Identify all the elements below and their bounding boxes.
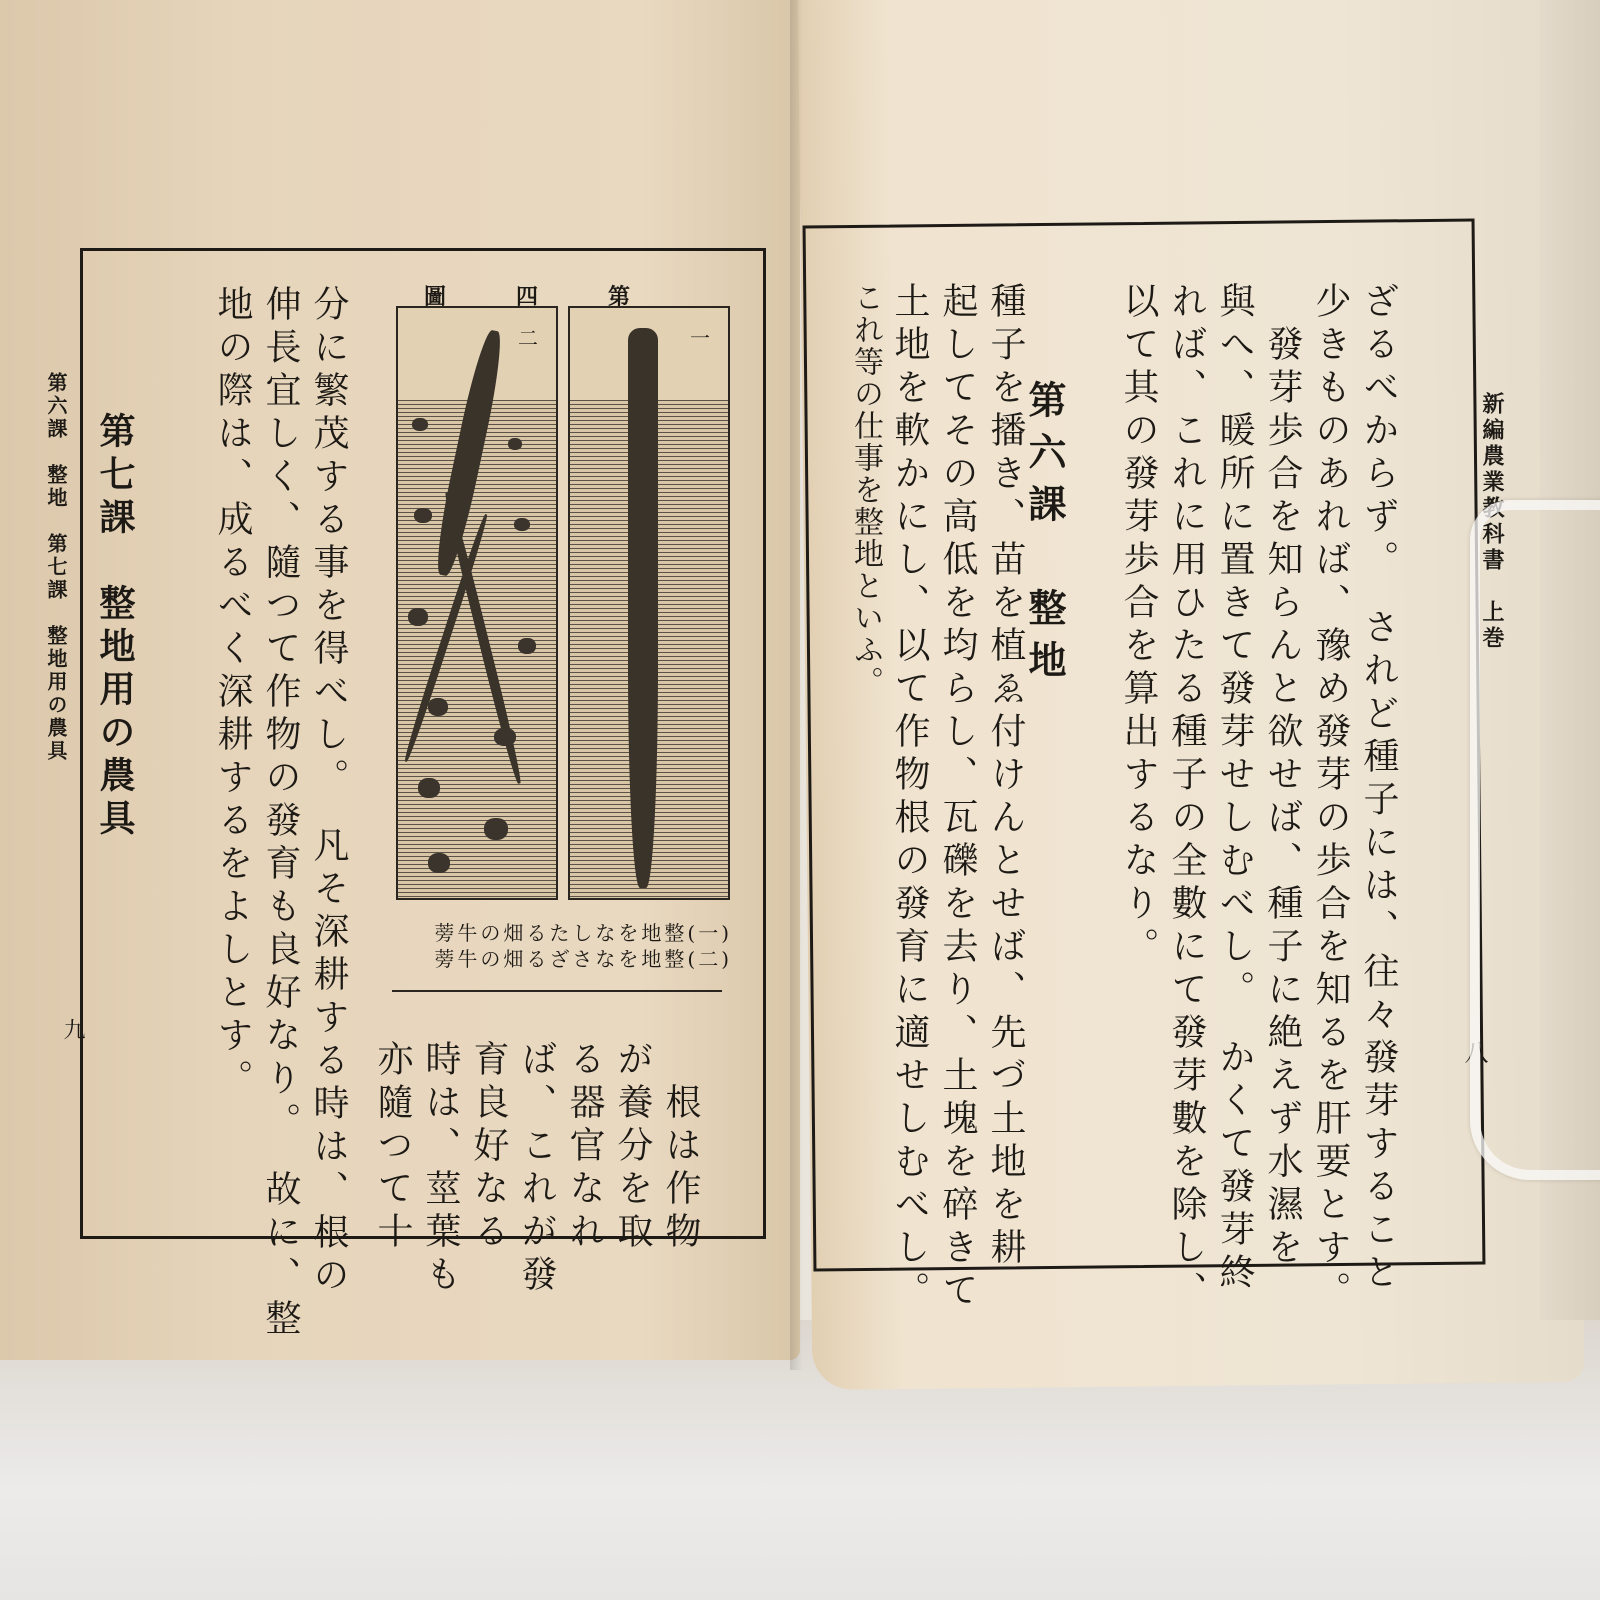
stone-icon	[484, 818, 508, 840]
stone-icon	[428, 853, 450, 873]
text-column: 地の際は、成るべく深耕するをよしとす。	[208, 285, 256, 1342]
stone-icon	[494, 728, 516, 746]
text-column: 分に繁茂する事を得べし。 凡そ深耕する時は、根の	[304, 285, 352, 1342]
left-body-text: 分に繁茂する事を得べし。 凡そ深耕する時は、根の 伸長宜しく、隨つて作物の發育も…	[208, 285, 352, 1342]
text-column: ざるべからず。 されど種子には、往々發芽すること	[1354, 282, 1402, 1314]
left-bottom-text: 根は作物 が養分を取 る器官なれ ば、これが發 育良好なる 時は、莖葉も 亦隨つ…	[368, 1040, 704, 1298]
eyeglasses-arm	[1470, 500, 1600, 1180]
text-column: 發芽歩合を知らんと欲せば、種子に絶えず水濕を	[1258, 282, 1306, 1314]
text-column: 與へ、暖所に置きて發芽せしむべし。 かくて發芽終	[1210, 282, 1258, 1314]
panel-label: 二	[518, 322, 538, 351]
text-column: 亦隨つて十	[368, 1040, 416, 1298]
right-continued-text: ざるべからず。 されど種子には、往々發芽すること 少きものあれば、豫め發芽の歩合…	[1165, 282, 1402, 1314]
text-column: ば、これが發	[512, 1040, 560, 1298]
figure-4: 第四圖 二 一 (一)整地をなしたる畑の牛蒡 (二)整地を	[392, 280, 732, 1000]
panel-label: 一	[690, 322, 710, 351]
text-column: 以て其の發芽歩合を算出するなり。	[1114, 282, 1162, 1314]
stone-icon	[414, 508, 432, 523]
lesson-7-heading: 第七課 整地用の農具	[90, 412, 138, 842]
text-column: 土地を軟かにし、以て作物根の發育に適せしむべし。	[885, 282, 933, 1314]
text-column: これ等の仕事を整地といふ。	[845, 282, 885, 1314]
text-column: 起してその高低を均らし、瓦礫を去り、土塊を碎きて	[933, 282, 981, 1314]
figure-panel-1-tilled: 一	[568, 306, 730, 900]
text-column: れば、これに用ひたる種子の全數にて發芽數を除し、	[1162, 282, 1210, 1314]
figure-divider	[392, 990, 722, 992]
text-column: が養分を取	[608, 1040, 656, 1298]
caption-tilled: (一)整地をなしたる畑の牛蒡	[392, 920, 732, 946]
text-column: 根は作物	[656, 1040, 704, 1298]
stone-icon	[412, 418, 428, 431]
text-column: 少きものあれば、豫め發芽の歩合を知るを肝要とす。	[1306, 282, 1354, 1314]
stone-icon	[514, 518, 530, 531]
stone-icon	[508, 438, 522, 450]
text-column: 種子を播き、苗を植ゑ付けんとせば、先づ土地を耕	[981, 282, 1029, 1314]
text-column: 育良好なる	[464, 1040, 512, 1298]
figure-panel-2-untilled: 二	[396, 306, 558, 900]
stone-icon	[428, 698, 448, 716]
lesson-6-body: 種子を播き、苗を植ゑ付けんとせば、先づ土地を耕 起してその高低を均らし、瓦礫を去…	[845, 282, 1029, 1314]
side-header: 第六課 整地 第七課 整地用の農具	[44, 372, 68, 763]
burdock-root-straight-icon	[628, 328, 658, 888]
stone-icon	[408, 608, 428, 626]
book-spine-shadow	[790, 0, 808, 1370]
text-column: 時は、莖葉も	[416, 1040, 464, 1298]
left-page: 第六課 整地 第七課 整地用の農具 九 第七課 整地用の農具 分に繁茂する事を得…	[0, 0, 800, 1360]
stone-icon	[418, 778, 440, 798]
figure-captions: (一)整地をなしたる畑の牛蒡 (二)整地をなさざる畑の牛蒡	[392, 920, 732, 972]
text-column: る器官なれ	[560, 1040, 608, 1298]
text-column: 伸長宜しく、隨つて作物の發育も良好なり。 故に、整	[256, 285, 304, 1342]
page-number-left: 九	[48, 1018, 96, 1047]
stone-icon	[518, 638, 536, 654]
caption-untilled: (二)整地をなさざる畑の牛蒡	[392, 946, 732, 972]
